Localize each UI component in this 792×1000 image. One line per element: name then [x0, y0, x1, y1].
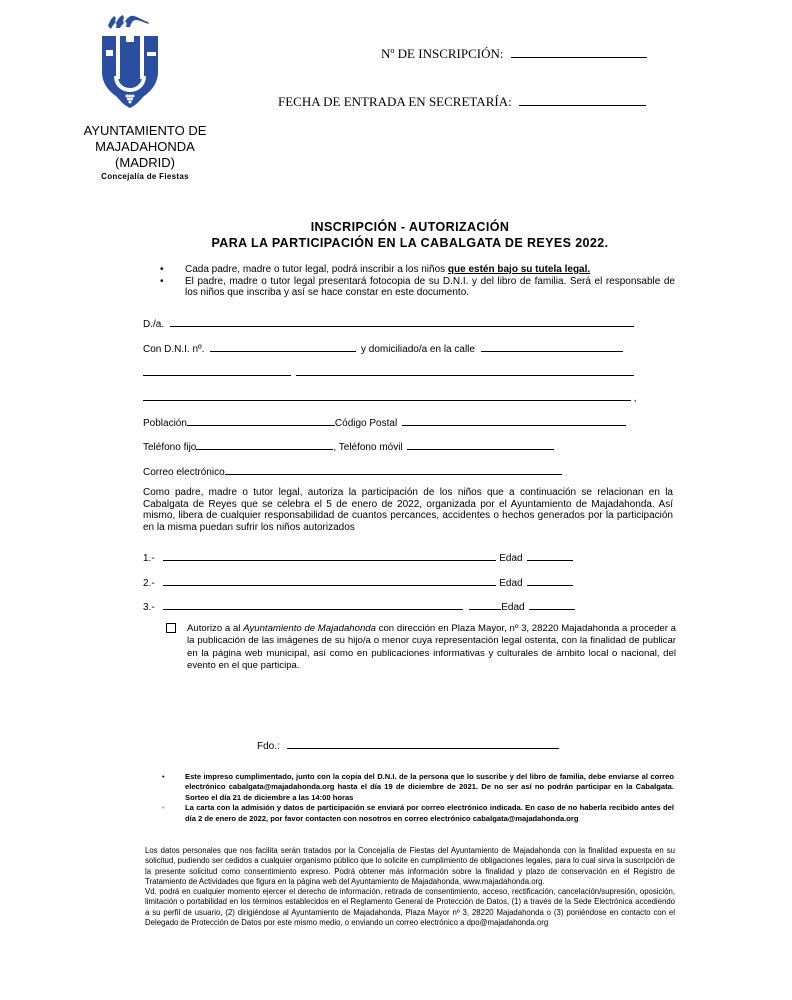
registration-number-input-line[interactable] [511, 45, 647, 58]
address-input-line-2b[interactable] [296, 363, 634, 376]
dni-label: Con D.N.I. nº. [143, 344, 204, 355]
email-label: Correo electrónico [143, 467, 225, 478]
age-label: Edad [499, 553, 522, 564]
privacy-paragraph-1: Los datos personales que nos facilita se… [145, 846, 675, 887]
signature-label: Fdo.: [257, 741, 280, 752]
note-item: La carta con la admisión y datos de part… [160, 803, 674, 824]
child-name-input-line[interactable] [163, 597, 463, 610]
address-line-3: , [143, 388, 637, 404]
signature-input-line[interactable] [287, 736, 559, 749]
instruction-text: Cada padre, madre o tutor legal, podrá i… [185, 264, 448, 275]
child-name-input-line[interactable] [163, 548, 496, 561]
address-label: y domiciliado/a en la calle [361, 344, 475, 355]
org-line-1: AYUNTAMIENTO DE [60, 123, 230, 139]
org-line-3: (MADRID) [60, 155, 230, 171]
municipal-coat-of-arms-logo [100, 14, 160, 110]
child-row: 1.- Edad [143, 548, 573, 564]
instructions-list: Cada padre, madre o tutor legal, podrá i… [160, 264, 675, 299]
org-line-2: MAJADAHONDA [60, 139, 230, 155]
landline-input-line[interactable] [196, 437, 333, 450]
postcode-label: Código Postal [335, 418, 397, 429]
child-number: 3.- [143, 602, 155, 613]
child-row: 2.- Edad [143, 573, 573, 589]
email-input-line[interactable] [225, 462, 562, 475]
note-item: Este impreso cumplimentado, junto con la… [160, 772, 674, 803]
age-label: Edad [501, 602, 524, 613]
address-input-line-3[interactable] [143, 388, 631, 401]
organization-name: AYUNTAMIENTO DE MAJADAHONDA (MADRID) [60, 123, 230, 171]
child-number: 1.- [143, 553, 155, 564]
image-consent-text: Autorizo a al Ayuntamiento de Majadahond… [187, 623, 676, 673]
name-field: D./a. [143, 314, 634, 330]
entry-date-label: FECHA DE ENTRADA EN SECRETARÍA: [278, 94, 512, 109]
authorization-paragraph: Como padre, madre o tutor legal, autoriz… [143, 487, 673, 533]
consent-text-italic: Ayuntamiento de Majadahonda [243, 623, 376, 634]
mobile-input-line[interactable] [407, 437, 554, 450]
form-title-line-1: INSCRIPCIÓN - AUTORIZACIÓN [120, 220, 700, 234]
entry-date-field: FECHA DE ENTRADA EN SECRETARÍA: [278, 93, 646, 110]
child-name-input-line-extra[interactable] [469, 597, 501, 610]
image-consent: Autorizo a al Ayuntamiento de Majadahond… [166, 623, 676, 636]
department-name: Concejalía de Fiestas [60, 172, 230, 181]
name-input-line[interactable] [170, 314, 634, 327]
consent-text-pre: Autorizo a al [187, 623, 243, 634]
registration-number-field: Nº DE INSCRIPCIÓN: [381, 45, 647, 62]
child-row: 3.- Edad [143, 597, 575, 613]
town-input-line[interactable] [187, 413, 335, 426]
child-name-input-line[interactable] [163, 573, 496, 586]
town-label: Población [143, 418, 187, 429]
instruction-emphasis: que estén bajo su tutela legal. [448, 264, 590, 275]
age-label: Edad [499, 578, 522, 589]
mobile-label: , Teléfono móvil [333, 442, 402, 453]
address-input-line-2a[interactable] [143, 363, 291, 376]
age-input-line[interactable] [527, 573, 573, 586]
registration-number-label: Nº DE INSCRIPCIÓN: [381, 46, 503, 61]
signature-field: Fdo.: [257, 736, 559, 752]
instruction-item: Cada padre, madre o tutor legal, podrá i… [160, 264, 675, 276]
privacy-paragraph-2: Vd. podrá en cualquier momento ejercer e… [145, 887, 675, 928]
dni-address-field: Con D.N.I. nº. y domiciliado/a en la cal… [143, 339, 623, 355]
email-field: Correo electrónico [143, 462, 562, 478]
instruction-text: El padre, madre o tutor legal presentará… [185, 276, 675, 299]
age-input-line[interactable] [527, 548, 573, 561]
form-title-line-2: PARA LA PARTICIPACIÓN EN LA CABALGATA DE… [120, 236, 700, 250]
landline-label: Teléfono fijo [143, 442, 196, 453]
image-consent-checkbox[interactable] [166, 623, 176, 633]
instruction-item: El padre, madre o tutor legal presentará… [160, 276, 675, 299]
name-label: D./a. [143, 319, 164, 330]
entry-date-input-line[interactable] [519, 93, 646, 106]
street-input-line[interactable] [481, 339, 623, 352]
privacy-notice: Los datos personales que nos facilita se… [145, 846, 675, 928]
postcode-input-line[interactable] [402, 413, 626, 426]
submission-notes: Este impreso cumplimentado, junto con la… [160, 772, 674, 824]
town-postcode-field: PoblaciónCódigo Postal [143, 413, 626, 429]
dni-input-line[interactable] [210, 339, 356, 352]
phone-field: Teléfono fijo, Teléfono móvil [143, 437, 554, 453]
child-number: 2.- [143, 578, 155, 589]
age-input-line[interactable] [529, 597, 575, 610]
address-line-2 [143, 363, 634, 379]
comma-text: , [634, 393, 637, 404]
